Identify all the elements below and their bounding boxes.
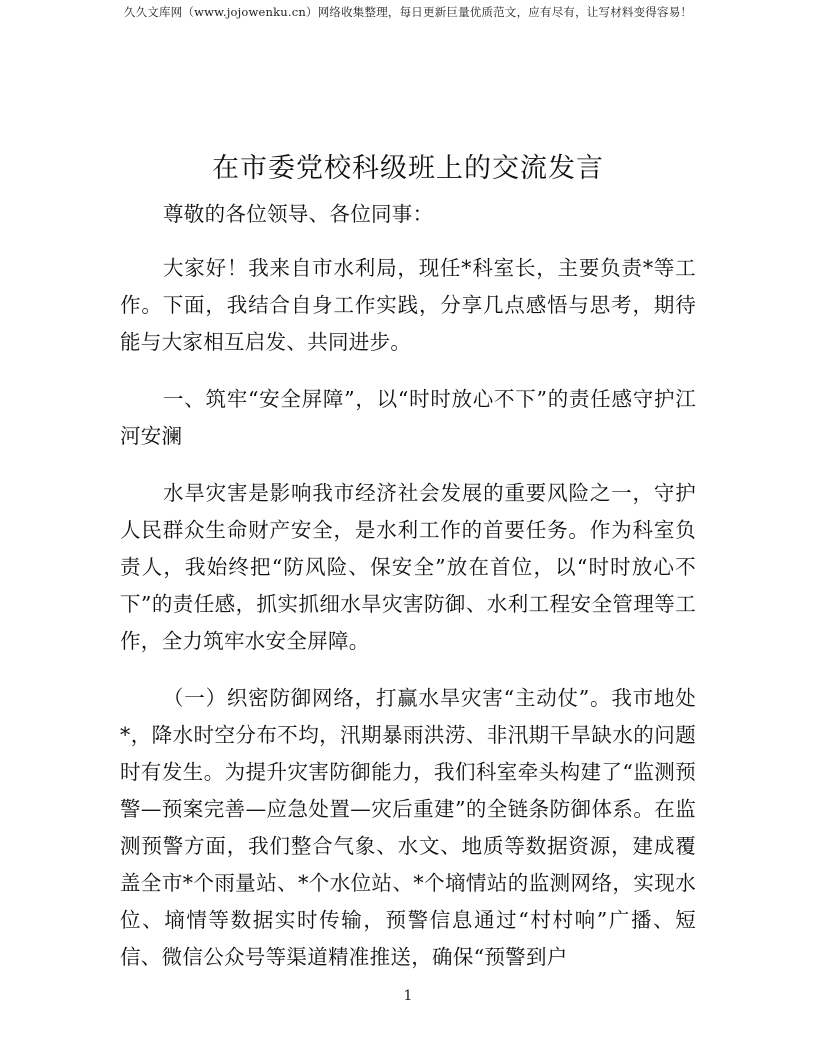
paragraph-subsection-1: （一）织密防御网络，打赢水旱灾害“主动仗”。我市地处*，降水时空分布不均，汛期暴… [120, 680, 696, 976]
source-banner: 久久文库网（www.jojowenku.cn）网络收集整理，每日更新巨量优质范文… [0, 4, 816, 20]
paragraph-intro: 大家好！我来自市水利局，现任*科室长，主要负责*等工作。下面，我结合自身工作实践… [120, 250, 696, 361]
document-title: 在市委党校科级班上的交流发言 [0, 146, 816, 185]
page-number: 1 [0, 988, 816, 1004]
paragraph-section-1: 水旱灾害是影响我市经济社会发展的重要风险之一，守护人民群众生命财产安全，是水利工… [120, 475, 696, 660]
document-body: 尊敬的各位领导、各位同事： 大家好！我来自市水利局，现任*科室长，主要负责*等工… [120, 196, 696, 976]
section-heading-1: 一、筑牢“安全屏障”，以“时时放心不下”的责任感守护江河安澜 [120, 381, 696, 455]
salutation: 尊敬的各位领导、各位同事： [120, 196, 696, 233]
